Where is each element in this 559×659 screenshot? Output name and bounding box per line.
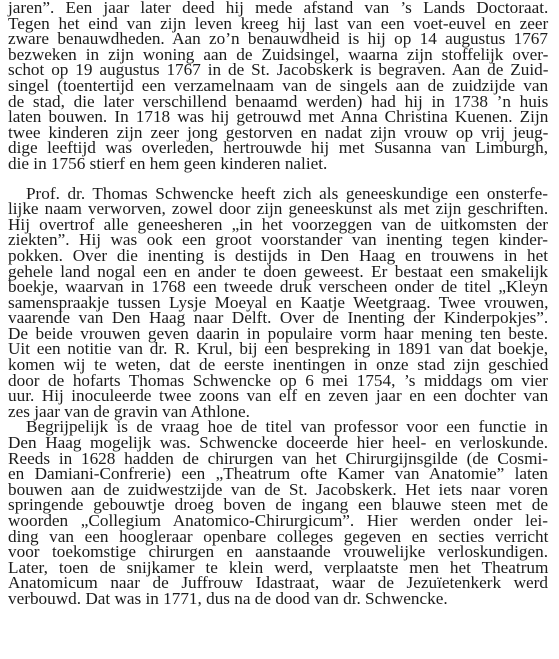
paragraph-3: Begrijpelijk is de vraag hoe de titel va… <box>8 419 548 606</box>
paragraph-2: Prof. dr. Thomas Schwencke heeft zich al… <box>8 186 548 420</box>
text-line: die in 1756 stierf en hem geen kinderen … <box>8 156 548 172</box>
text-line: verbouwd. Dat was in 1771, dus na de doo… <box>8 591 548 607</box>
paragraph-1: jaren”. Een jaar later deed hij mede afs… <box>8 0 548 172</box>
document-page: jaren”. Een jaar later deed hij mede afs… <box>8 0 548 607</box>
